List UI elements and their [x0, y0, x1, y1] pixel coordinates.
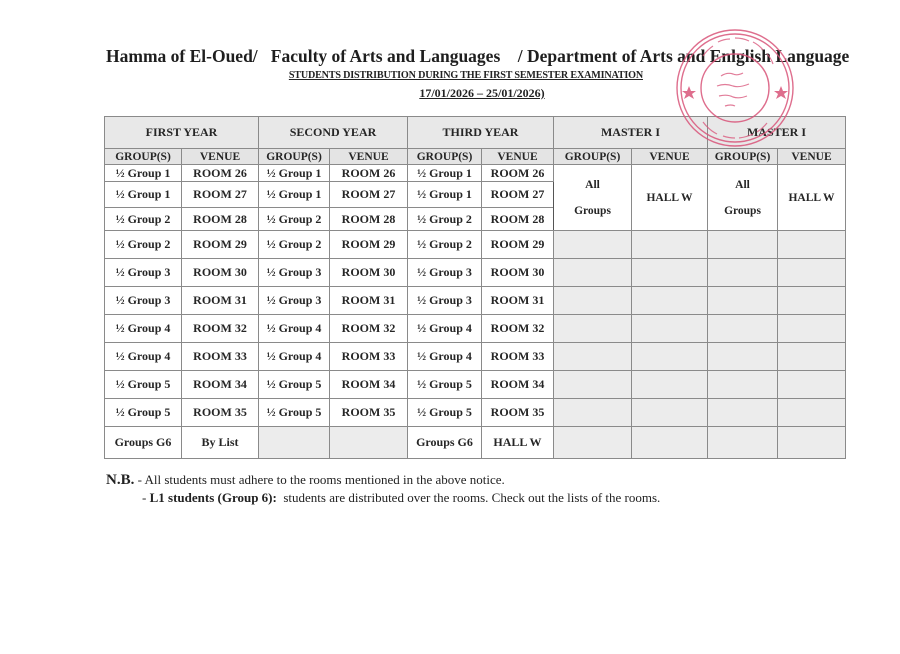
- third-year-group: ½ Group 2: [408, 208, 482, 231]
- empty-master-cell: [708, 287, 778, 315]
- col-venue: VENUE: [632, 149, 708, 165]
- empty-master-cell: [778, 287, 846, 315]
- empty-master-cell: [632, 427, 708, 459]
- empty-master-cell: [708, 231, 778, 259]
- year-header-row: FIRST YEAR SECOND YEAR THIRD YEAR MASTER…: [105, 117, 846, 149]
- all-label: All: [708, 172, 777, 198]
- second-year-venue: ROOM 31: [330, 287, 408, 315]
- year-header-third: THIRD YEAR: [408, 117, 554, 149]
- year-header-master-1: MASTER I: [554, 117, 708, 149]
- table-row: Groups G6By ListGroups G6HALL W: [105, 427, 846, 459]
- third-year-group: ½ Group 5: [408, 371, 482, 399]
- second-year-venue: ROOM 32: [330, 315, 408, 343]
- empty-master-cell: [778, 399, 846, 427]
- first-year-group: ½ Group 1: [105, 165, 182, 182]
- empty-master-cell: [708, 371, 778, 399]
- third-year-venue: ROOM 35: [482, 399, 554, 427]
- second-year-group: ½ Group 4: [259, 343, 330, 371]
- empty-master-cell: [778, 259, 846, 287]
- col-venue: VENUE: [778, 149, 846, 165]
- second-year-group: ½ Group 3: [259, 259, 330, 287]
- empty-master-cell: [632, 399, 708, 427]
- col-groups: GROUP(S): [408, 149, 482, 165]
- empty-master-cell: [778, 371, 846, 399]
- note-2: - L1 students (Group 6): students are di…: [142, 490, 660, 506]
- exam-dates: 17/01/2026 – 25/01/2026): [0, 86, 900, 101]
- first-year-group: ½ Group 3: [105, 287, 182, 315]
- third-year-group: ½ Group 4: [408, 343, 482, 371]
- third-year-group: Groups G6: [408, 427, 482, 459]
- first-year-venue: ROOM 29: [182, 231, 259, 259]
- table-row: ½ Group 5ROOM 34½ Group 5ROOM 34½ Group …: [105, 371, 846, 399]
- second-year-venue: ROOM 27: [330, 182, 408, 208]
- empty-master-cell: [632, 343, 708, 371]
- second-year-venue: ROOM 26: [330, 165, 408, 182]
- second-year-venue: ROOM 28: [330, 208, 408, 231]
- table-row: ½ Group 4ROOM 33½ Group 4ROOM 33½ Group …: [105, 343, 846, 371]
- first-year-venue: ROOM 30: [182, 259, 259, 287]
- third-year-group: ½ Group 3: [408, 287, 482, 315]
- table-row: ½ Group 1ROOM 26½ Group 1ROOM 26½ Group …: [105, 165, 846, 182]
- second-year-venue: ROOM 35: [330, 399, 408, 427]
- first-year-venue: ROOM 26: [182, 165, 259, 182]
- third-year-group: ½ Group 5: [408, 399, 482, 427]
- first-year-venue: ROOM 28: [182, 208, 259, 231]
- col-groups: GROUP(S): [105, 149, 182, 165]
- all-label: All: [554, 172, 631, 198]
- first-year-group: ½ Group 1: [105, 182, 182, 208]
- empty-master-cell: [632, 231, 708, 259]
- second-year-venue: [330, 427, 408, 459]
- empty-master-cell: [554, 259, 632, 287]
- empty-master-cell: [554, 287, 632, 315]
- empty-master-cell: [708, 259, 778, 287]
- first-year-venue: ROOM 32: [182, 315, 259, 343]
- third-year-venue: ROOM 26: [482, 165, 554, 182]
- third-year-venue: ROOM 28: [482, 208, 554, 231]
- first-year-group: ½ Group 4: [105, 315, 182, 343]
- year-header-master-2: MASTER I: [708, 117, 846, 149]
- nb-label: N.B.: [106, 472, 134, 488]
- master-2-venue: HALL W: [778, 165, 846, 231]
- first-year-group: ½ Group 5: [105, 371, 182, 399]
- third-year-group: ½ Group 1: [408, 165, 482, 182]
- empty-master-cell: [554, 399, 632, 427]
- table-row: ½ Group 3ROOM 31½ Group 3ROOM 31½ Group …: [105, 287, 846, 315]
- empty-master-cell: [632, 287, 708, 315]
- col-venue: VENUE: [182, 149, 259, 165]
- second-year-group: ½ Group 5: [259, 399, 330, 427]
- second-year-group: ½ Group 2: [259, 208, 330, 231]
- table-row: ½ Group 5ROOM 35½ Group 5ROOM 35½ Group …: [105, 399, 846, 427]
- second-year-venue: ROOM 29: [330, 231, 408, 259]
- empty-master-cell: [708, 399, 778, 427]
- empty-master-cell: [554, 315, 632, 343]
- empty-master-cell: [778, 427, 846, 459]
- table-row: ½ Group 3ROOM 30½ Group 3ROOM 30½ Group …: [105, 259, 846, 287]
- document-page: Hamma of El-Oued/ Faculty of Arts and La…: [0, 0, 900, 654]
- groups-label: Groups: [554, 198, 631, 224]
- third-year-venue: ROOM 27: [482, 182, 554, 208]
- first-year-venue: ROOM 34: [182, 371, 259, 399]
- second-year-group: ½ Group 4: [259, 315, 330, 343]
- col-groups: GROUP(S): [708, 149, 778, 165]
- second-year-group: ½ Group 3: [259, 287, 330, 315]
- document-title: STUDENTS DISTRIBUTION DURING THE FIRST S…: [37, 69, 865, 81]
- first-year-venue: ROOM 27: [182, 182, 259, 208]
- third-year-group: ½ Group 4: [408, 315, 482, 343]
- first-year-group: ½ Group 3: [105, 259, 182, 287]
- empty-master-cell: [632, 259, 708, 287]
- second-year-group: [259, 427, 330, 459]
- year-header-second: SECOND YEAR: [259, 117, 408, 149]
- table-body: ½ Group 1ROOM 26½ Group 1ROOM 26½ Group …: [105, 165, 846, 459]
- third-year-group: ½ Group 3: [408, 259, 482, 287]
- second-year-group: ½ Group 5: [259, 371, 330, 399]
- third-year-venue: ROOM 34: [482, 371, 554, 399]
- third-year-venue: ROOM 30: [482, 259, 554, 287]
- third-year-venue: ROOM 32: [482, 315, 554, 343]
- year-header-first: FIRST YEAR: [105, 117, 259, 149]
- institution-header: Hamma of El-Oued/ Faculty of Arts and La…: [106, 46, 826, 67]
- third-year-venue: ROOM 33: [482, 343, 554, 371]
- empty-master-cell: [708, 427, 778, 459]
- master-1-group: AllGroups: [554, 165, 632, 231]
- empty-master-cell: [708, 343, 778, 371]
- third-year-venue: ROOM 29: [482, 231, 554, 259]
- third-year-group: ½ Group 1: [408, 182, 482, 208]
- first-year-group: ½ Group 2: [105, 208, 182, 231]
- first-year-venue: ROOM 33: [182, 343, 259, 371]
- table-row: ½ Group 2ROOM 29½ Group 2ROOM 29½ Group …: [105, 231, 846, 259]
- first-year-venue: ROOM 31: [182, 287, 259, 315]
- second-year-venue: ROOM 34: [330, 371, 408, 399]
- col-venue: VENUE: [330, 149, 408, 165]
- second-year-venue: ROOM 30: [330, 259, 408, 287]
- second-year-group: ½ Group 2: [259, 231, 330, 259]
- first-year-group: Groups G6: [105, 427, 182, 459]
- third-year-group: ½ Group 2: [408, 231, 482, 259]
- master-2-group: AllGroups: [708, 165, 778, 231]
- first-year-group: ½ Group 4: [105, 343, 182, 371]
- empty-master-cell: [632, 315, 708, 343]
- empty-master-cell: [632, 371, 708, 399]
- third-year-venue: HALL W: [482, 427, 554, 459]
- empty-master-cell: [778, 231, 846, 259]
- second-year-group: ½ Group 1: [259, 182, 330, 208]
- empty-master-cell: [708, 315, 778, 343]
- col-groups: GROUP(S): [554, 149, 632, 165]
- empty-master-cell: [778, 343, 846, 371]
- empty-master-cell: [554, 371, 632, 399]
- second-year-group: ½ Group 1: [259, 165, 330, 182]
- third-year-venue: ROOM 31: [482, 287, 554, 315]
- master-1-venue: HALL W: [632, 165, 708, 231]
- empty-master-cell: [778, 315, 846, 343]
- first-year-venue: By List: [182, 427, 259, 459]
- first-year-venue: ROOM 35: [182, 399, 259, 427]
- distribution-table: FIRST YEAR SECOND YEAR THIRD YEAR MASTER…: [104, 116, 846, 459]
- note-1: N.B. - All students must adhere to the r…: [106, 472, 505, 489]
- empty-master-cell: [554, 343, 632, 371]
- empty-master-cell: [554, 427, 632, 459]
- table-row: ½ Group 4ROOM 32½ Group 4ROOM 32½ Group …: [105, 315, 846, 343]
- column-header-row: GROUP(S) VENUE GROUP(S) VENUE GROUP(S) V…: [105, 149, 846, 165]
- first-year-group: ½ Group 5: [105, 399, 182, 427]
- notes-section: N.B. - All students must adhere to the r…: [106, 472, 505, 489]
- second-year-venue: ROOM 33: [330, 343, 408, 371]
- empty-master-cell: [554, 231, 632, 259]
- col-groups: GROUP(S): [259, 149, 330, 165]
- groups-label: Groups: [708, 198, 777, 224]
- col-venue: VENUE: [482, 149, 554, 165]
- first-year-group: ½ Group 2: [105, 231, 182, 259]
